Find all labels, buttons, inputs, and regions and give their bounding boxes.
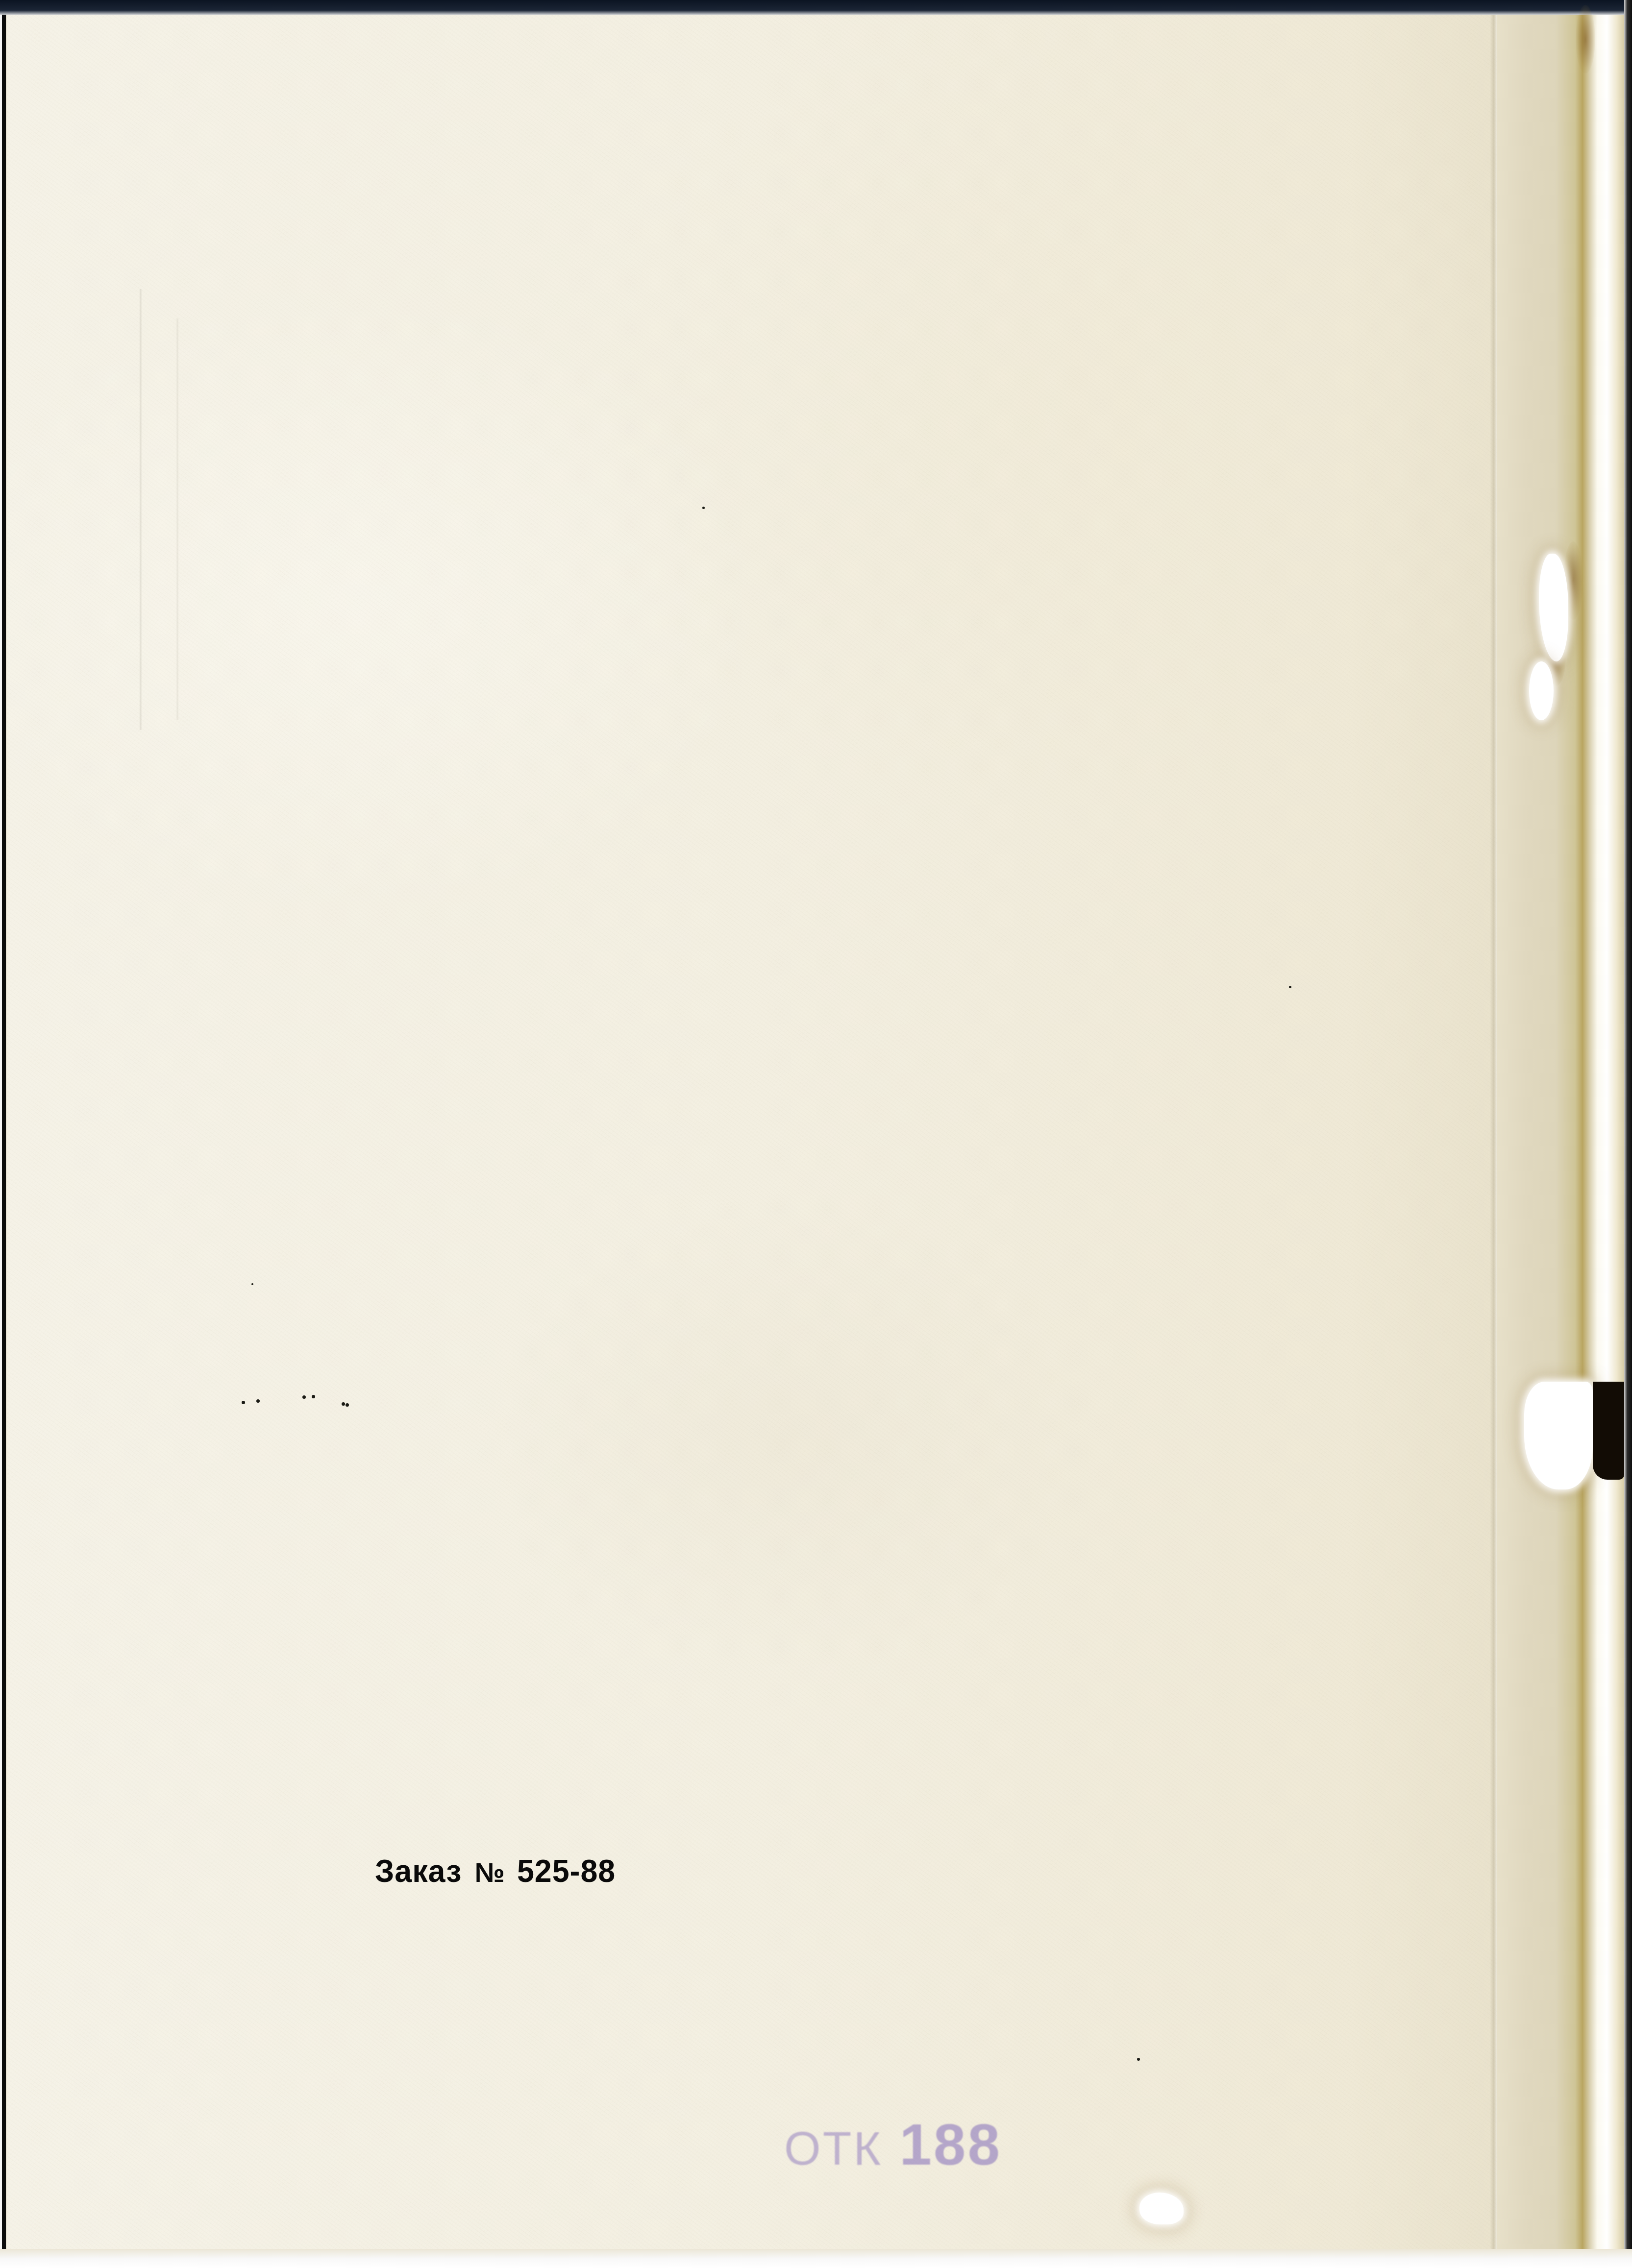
ink-speck [1137, 2058, 1140, 2061]
crease-mark [139, 289, 142, 730]
scanner-bed-top-edge [0, 0, 1632, 15]
crease-mark [176, 318, 179, 720]
ink-speck [312, 1395, 315, 1398]
ink-speck [256, 1399, 260, 1403]
order-label: Заказ [375, 1853, 462, 1889]
number-sign: № [475, 1857, 505, 1888]
stamp-code: ОТК [784, 2122, 883, 2175]
scanned-page: Заказ № 525-88 ОТК188 [0, 0, 1632, 2268]
ink-speck [1289, 986, 1291, 988]
rust-stain [1576, 5, 1595, 73]
stamp-number: 188 [899, 2113, 1002, 2177]
spine-tear-shadow [1593, 1382, 1624, 1480]
ink-speck [302, 1395, 306, 1399]
paper-grain [7, 15, 1497, 2264]
ink-speck [702, 507, 705, 509]
spine-tear [1529, 661, 1554, 720]
scanner-bed-right-edge [1624, 0, 1632, 2268]
paper-sheet [7, 15, 1497, 2264]
order-number-line: Заказ № 525-88 [375, 1853, 616, 1889]
spine-tear [1524, 1382, 1593, 1489]
qc-stamp: ОТК188 [784, 2112, 1002, 2178]
ink-speck [342, 1402, 345, 1406]
page-left-edge [0, 15, 7, 2249]
scanner-bed-bottom-edge [0, 2249, 1632, 2268]
order-number: 525-88 [517, 1853, 616, 1889]
ink-speck [346, 1403, 349, 1407]
ink-speck [251, 1283, 253, 1285]
ink-speck [242, 1401, 245, 1404]
binding-spine [1497, 15, 1624, 2249]
